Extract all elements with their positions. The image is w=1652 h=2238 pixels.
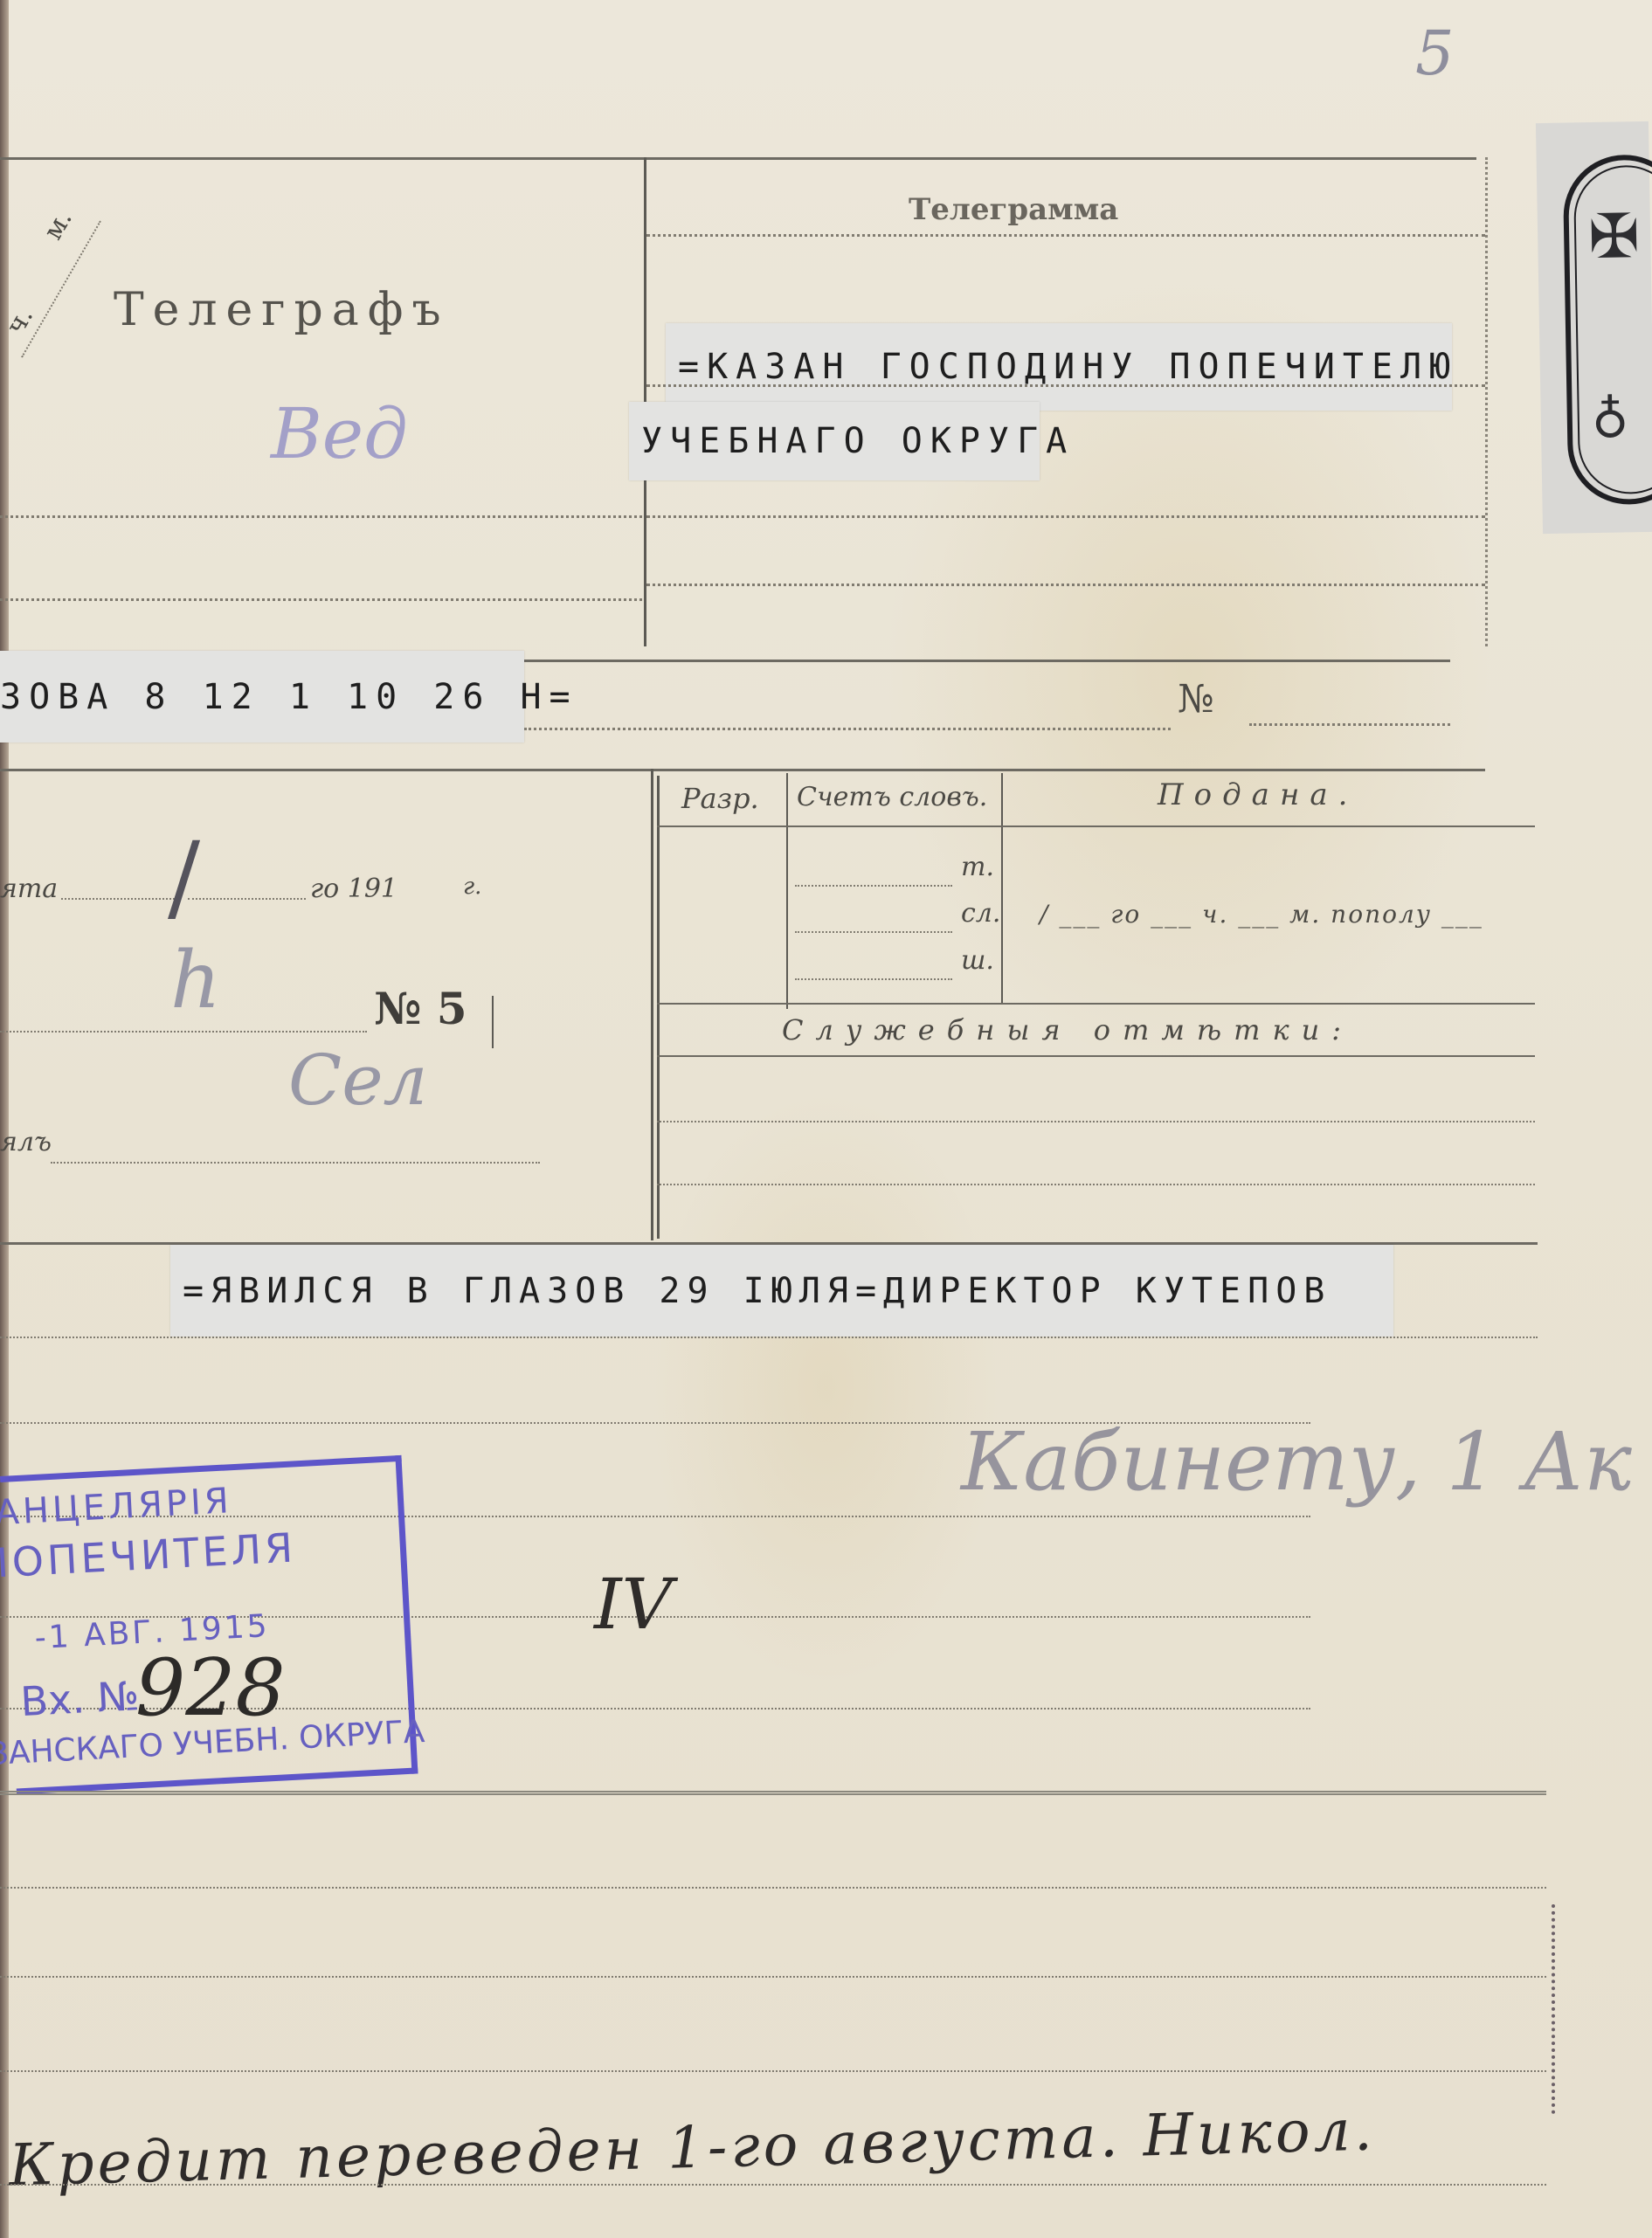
left-header-line-2 xyxy=(0,598,642,601)
address-line-3 xyxy=(646,515,1485,518)
printer-imprint xyxy=(1552,1904,1555,2114)
address-line-1 xyxy=(646,234,1485,237)
telegraf-title: Телеграфъ xyxy=(114,284,450,336)
origin-bottom-rule xyxy=(0,769,1485,771)
stamp-handwritten-number: 928 xyxy=(135,1642,286,1734)
count-line-sl xyxy=(795,931,952,933)
col-category: Разр. xyxy=(681,782,759,815)
pencil-scribble: Вед xyxy=(271,393,408,474)
origin-tape: ЗОВА 8 12 1 10 26 Н= xyxy=(0,651,524,743)
right-border-dotted xyxy=(1485,157,1488,646)
lower-line-3 xyxy=(0,2070,1546,2072)
form-divider xyxy=(651,769,653,1240)
submitted-line: / ___ го ___ ч. ___ м. пополу ___ xyxy=(1040,900,1483,929)
message-tape: =ЯВИЛСЯ В ГЛАЗОВ 29 ІЮЛЯ=ДИРЕКТОР КУТЕПО… xyxy=(170,1245,1393,1337)
telegramma-title: Телеграмма xyxy=(909,192,1118,227)
service-notes-label: Служебныя отмѣтки: xyxy=(782,1013,1353,1046)
table-header-rule xyxy=(657,825,1535,827)
post-horn-icon: ♁ xyxy=(1591,383,1629,444)
stamp-line-2: ПОПЕЧИТЕЛЯ xyxy=(0,1523,297,1587)
pencil-note-h: h xyxy=(170,935,221,1026)
count-label-sh: ш. xyxy=(961,945,994,976)
top-rule xyxy=(0,157,1476,160)
received-year: го 191 xyxy=(310,874,397,904)
lower-line-2 xyxy=(0,1976,1546,1978)
lower-double-rule xyxy=(0,1791,1546,1795)
count-line-sh xyxy=(795,978,952,980)
rotated-minutes-label: м. xyxy=(38,205,79,245)
imperial-emblem: ✠ ♁ xyxy=(1536,121,1652,534)
received-date-slash: / xyxy=(168,821,200,933)
table-left-border xyxy=(657,776,660,1239)
table-col-divider-2 xyxy=(1001,773,1003,1005)
stamp-line-1: КАНЦЕЛЯРІЯ xyxy=(0,1481,233,1535)
binding-edge xyxy=(0,0,9,2238)
col-submitted: Подана. xyxy=(1158,777,1358,812)
count-line-t xyxy=(795,885,952,887)
accepted-line xyxy=(51,1162,540,1164)
telegram-form: 5 ч. м. Телеграфъ Вед Телеграмма =КАЗАН … xyxy=(0,0,1652,2238)
received-day-line xyxy=(61,898,175,900)
service-line-2 xyxy=(657,1184,1535,1185)
origin-number-label: № xyxy=(1178,677,1214,722)
address-tape-1: =КАЗАН ГОСПОДИНУ ПОПЕЧИТЕЛЮ xyxy=(666,323,1452,411)
table-col-divider-1 xyxy=(786,773,788,1009)
service-line-1 xyxy=(657,1121,1535,1122)
form-number: № 5 xyxy=(374,983,467,1034)
table-body-rule xyxy=(657,1003,1535,1005)
origin-line xyxy=(524,728,1171,730)
accepted-label: ялъ xyxy=(0,1127,52,1157)
chancellery-stamp: КАНЦЕЛЯРІЯ ПОПЕЧИТЕЛЯ -1 АВГ. 1915 Вх. №… xyxy=(0,1455,418,1795)
message-line-1 xyxy=(0,1337,1538,1338)
page-number: 5 xyxy=(1415,17,1455,89)
received-year-suffix: г. xyxy=(463,874,481,900)
service-notes-rule xyxy=(657,1055,1535,1057)
address-tape-2: УЧЕБНАГО ОКРУГА xyxy=(629,402,1040,480)
number-tick xyxy=(492,996,494,1048)
col-word-count: Счетъ словъ. xyxy=(797,782,987,812)
left-header-line-1 xyxy=(0,515,642,518)
received-label: ята xyxy=(0,874,58,904)
pencil-signature: Кабинету, 1 Ак xyxy=(961,1415,1632,1509)
lower-line-1 xyxy=(0,1887,1546,1889)
number-line xyxy=(0,1031,367,1033)
origin-top-rule xyxy=(524,660,1450,662)
address-line-4 xyxy=(646,584,1485,586)
eagle-icon: ✠ xyxy=(1587,200,1640,273)
lower-line-4 xyxy=(0,2184,1546,2186)
roman-numeral-mark: IV xyxy=(594,1564,672,1645)
origin-number-line xyxy=(1249,723,1450,726)
count-label-t: т. xyxy=(961,852,994,882)
count-label-sl: сл. xyxy=(961,898,1000,929)
address-line-2 xyxy=(646,384,1485,387)
received-month-line xyxy=(188,898,306,900)
stamp-number-label: Вх. № xyxy=(19,1672,141,1725)
pencil-note-sel: Сел xyxy=(288,1040,428,1121)
